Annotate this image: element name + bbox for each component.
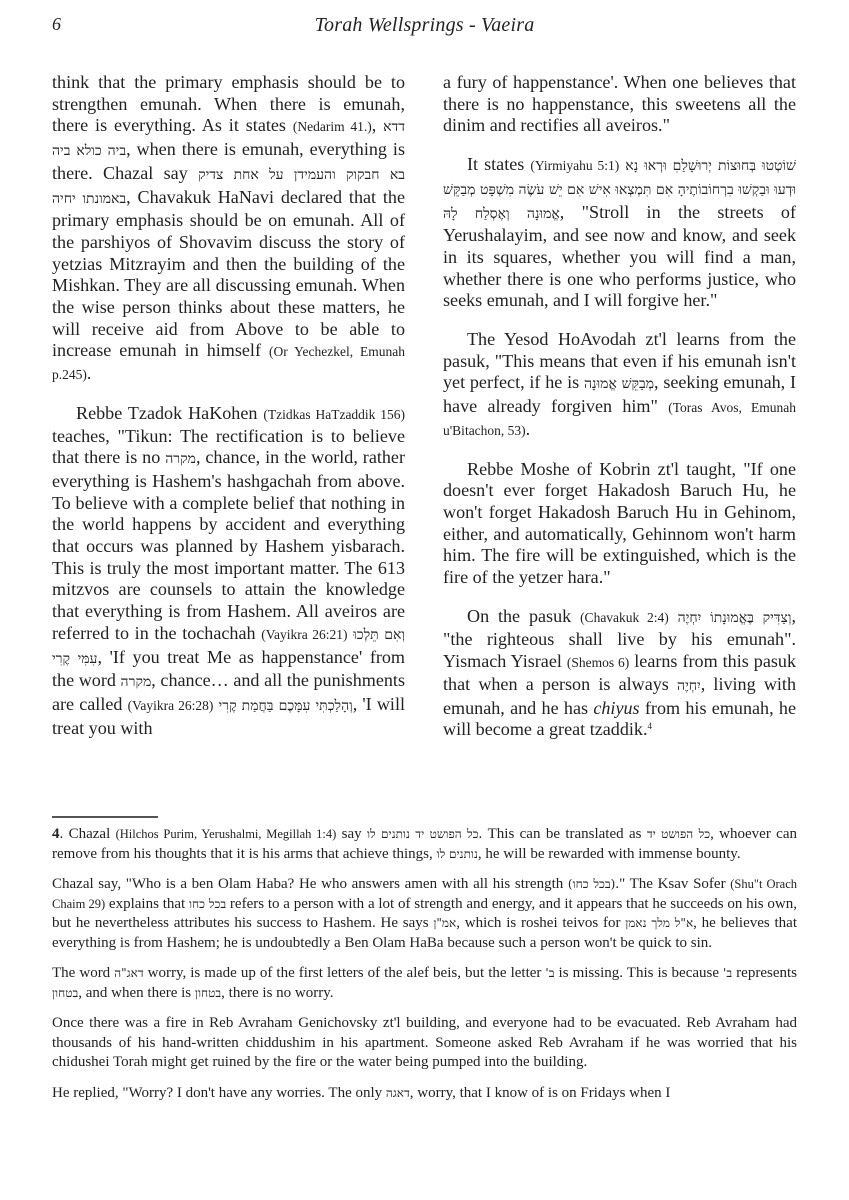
footnotes: 4. Chazal (Hilchos Purim, Yerushalmi, Me… [52, 825, 797, 1114]
hebrew-word: דאגה [386, 1086, 410, 1100]
hebrew-quote: וְצַדִּיק בֶּאֱמוּנָתוֹ יִחְיֶה [678, 610, 792, 626]
right-column: a fury of happenstance'. When one believ… [443, 72, 796, 758]
footnote-text: . Chazal [60, 826, 116, 842]
body-text: a fury of happenstance'. When one believ… [443, 72, 796, 135]
footnote-4-para-1: 4. Chazal (Hilchos Purim, Yerushalmi, Me… [52, 825, 797, 864]
footnote-4-para-5: He replied, "Worry? I don't have any wor… [52, 1084, 797, 1104]
footnote-number: 4 [52, 826, 60, 842]
source-citation: (Hilchos Purim, Yerushalmi, Megillah 1:4… [116, 827, 337, 841]
source-citation: (Nedarim 41.) [293, 119, 372, 134]
footnote-separator [52, 816, 158, 818]
hebrew-word: מקרה [165, 451, 196, 467]
footnote-text: ." The Ksav Sofer [615, 876, 730, 892]
body-text: Rebbe Tzadok HaKohen [76, 403, 263, 423]
body-text: , [372, 115, 383, 135]
paragraph-yirmiyahu: It states (Yirmiyahu 5:1) שׁוֹטְטוּ בְּח… [443, 154, 796, 312]
hebrew-word: דאג"ה [114, 966, 143, 980]
hebrew-quote: א"ל מלך נאמן [625, 916, 693, 930]
footnote-reference[interactable]: 4 [647, 721, 652, 731]
footnote-text: Once there was a fire in Reb Avraham Gen… [52, 1015, 797, 1070]
footnote-text: , worry, that I know of is on Fridays wh… [410, 1085, 671, 1101]
left-column: think that the primary emphasis should b… [52, 72, 405, 756]
source-citation: (Shemos 6) [567, 655, 629, 670]
footnote-text: , there is no worry. [221, 985, 333, 1001]
footnote-4-para-2: Chazal say, "Who is a ben Olam Haba? He … [52, 875, 797, 953]
hebrew-quote: וְהָלַכְתִּי עִמָּכֶם בַּחֲמַת קֶרִי [219, 698, 353, 714]
running-title: Torah Wellsprings - Vaeira [52, 14, 797, 37]
hebrew-letter: ב' [545, 966, 554, 980]
running-header: 6 Torah Wellsprings - Vaeira [52, 14, 797, 40]
footnote-text: Chazal say, "Who is a ben Olam Haba? He … [52, 876, 568, 892]
hebrew-letter: ב' [723, 966, 732, 980]
hebrew-quote: נותנים לו [437, 847, 478, 861]
hebrew-word: בטחון [195, 986, 221, 1000]
footnote-text: , and when there is [78, 985, 195, 1001]
hebrew-quote: מְבַקֵּשׁ אֱמוּנָה [584, 376, 654, 392]
footnote-text: say [336, 826, 367, 842]
paragraph-emphasis-on-emunah: think that the primary emphasis should b… [52, 72, 405, 386]
hebrew-quote: בכל כחו [189, 897, 226, 911]
body-text: . [526, 419, 531, 439]
italic-term: chiyus [593, 698, 639, 718]
paragraph-rebbe-tzadok: Rebbe Tzadok HaKohen (Tzidkas HaTzaddik … [52, 403, 405, 740]
paragraph-fury-of-happenstance: a fury of happenstance'. When one believ… [443, 72, 796, 137]
body-text: Rebbe Moshe of Kobrin zt'l taught, "If o… [443, 459, 796, 588]
body-text: On the pasuk [467, 606, 580, 626]
body-text [669, 606, 678, 626]
paragraph-yesod-hoavodah: The Yesod HoAvodah zt'l learns from the … [443, 329, 796, 442]
footnote-4-para-3: The word דאג"ה worry, is made up of the … [52, 964, 797, 1003]
source-citation: (Tzidkas HaTzaddik 156) [263, 407, 405, 422]
body-text: , Chavakuk HaNavi declared that the prim… [52, 187, 405, 361]
hebrew-quote: כל הפושט יד [647, 827, 710, 841]
footnote-text: . This can be translated as [479, 826, 647, 842]
footnote-text: worry, is made up of the first letters o… [144, 965, 546, 981]
source-citation: (Yirmiyahu 5:1) [530, 158, 619, 173]
body-text: , chance, in the world, rather everythin… [52, 447, 405, 643]
body-text: . [87, 363, 92, 383]
source-citation: (Vayikra 26:28) [128, 698, 214, 713]
hebrew-quote: כל הפושט יד נותנים לו [367, 827, 479, 841]
source-citation: (Vayikra 26:21) [261, 627, 347, 642]
footnote-text: , he will be rewarded with immense bount… [478, 846, 741, 862]
footnote-text: , which is roshei teivos for [456, 915, 625, 931]
paragraph-chavakuk: On the pasuk (Chavakuk 2:4) וְצַדִּיק בֶ… [443, 606, 796, 741]
footnote-4-para-4: Once there was a fire in Reb Avraham Gen… [52, 1014, 797, 1073]
footnote-text: represents [732, 965, 797, 981]
hebrew-quote: אמ"ן [433, 916, 456, 930]
source-citation: (Chavakuk 2:4) [580, 610, 669, 625]
paragraph-rebbe-moshe-kobrin: Rebbe Moshe of Kobrin zt'l taught, "If o… [443, 459, 796, 589]
hebrew-quote: (בכל כחו) [568, 877, 615, 891]
footnote-text: The word [52, 965, 114, 981]
hebrew-word: בטחון [52, 986, 78, 1000]
footnote-text: is missing. This is because [555, 965, 724, 981]
footnote-text: He replied, "Worry? I don't have any wor… [52, 1085, 386, 1101]
body-text: It states [467, 154, 530, 174]
hebrew-word: יִחְיֶה [677, 678, 701, 694]
hebrew-word: מקרה [121, 674, 152, 690]
footnote-text: explains that [105, 896, 189, 912]
